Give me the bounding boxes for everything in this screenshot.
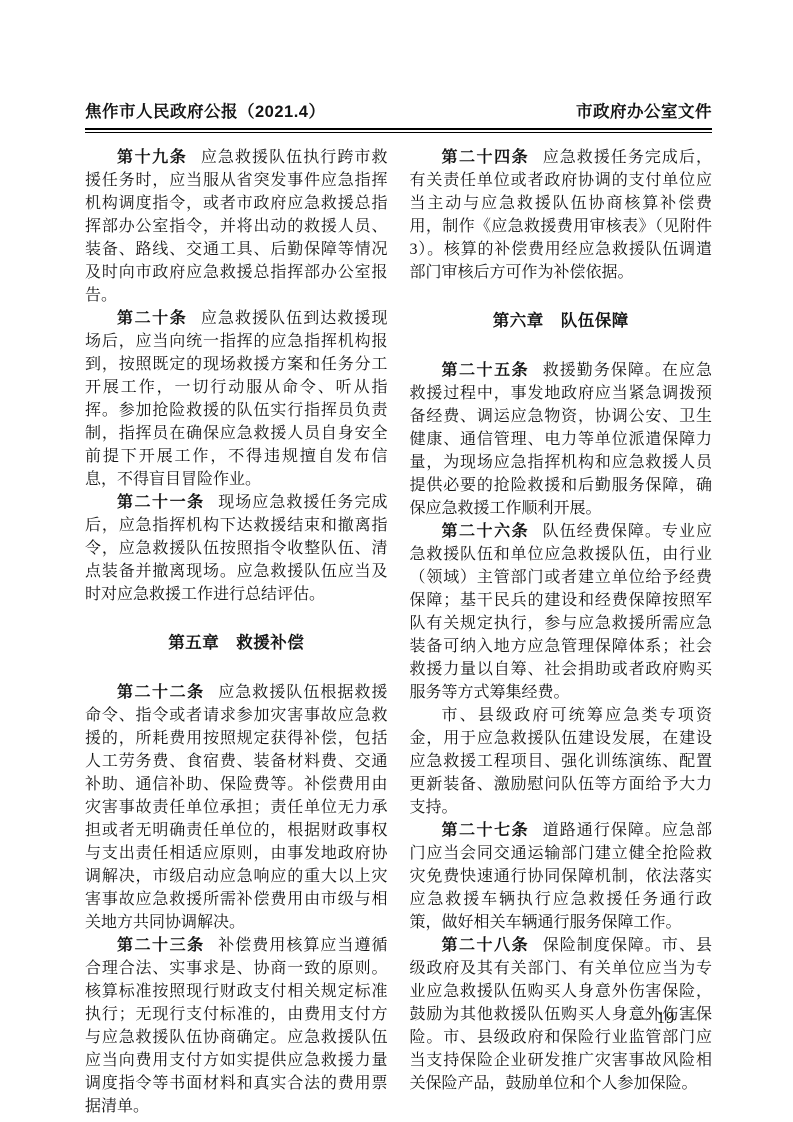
article-24-text: 应急救援任务完成后，有关责任单位或者政府协调的支付单位应当主动与应急救援队伍协商… [410,149,713,281]
article-19-paragraph: 第十九条应急救援队伍执行跨市救援任务时，应当服从省突发事件应急指挥机构调度指令，… [85,146,388,307]
article-20-number: 第二十条 [117,310,187,327]
header-right-title: 市政府办公室文件 [576,102,712,122]
article-26-number: 第二十六条 [442,523,530,540]
article-27-number: 第二十七条 [442,822,530,839]
left-column: 第十九条应急救援队伍执行跨市救援任务时，应当服从省突发事件应急指挥机构调度指令，… [85,146,388,1118]
article-28-number: 第二十八条 [442,937,530,954]
article-22-text: 应急救援队伍根据救援命令、指令或者请求参加灾害事故应急救援的，所耗费用按照规定获… [85,684,388,931]
article-25-paragraph: 第二十五条救援勤务保障。在应急救援过程中，事发地政府应当紧急调拨预备经费、调运应… [410,359,713,520]
article-25-number: 第二十五条 [442,362,530,379]
article-22-number: 第二十二条 [117,684,205,701]
header-left-title: 焦作市人民政府公报（2021.4） [85,102,325,122]
article-27-paragraph: 第二十七条道路通行保障。应急部门应当会同交通运输部门建立健全抢险救灾免费快速通行… [410,819,713,934]
article-26-continuation-paragraph: 市、县级政府可统筹应急类专项资金，用于应急救援队伍建设发展，在建设应急救援工程项… [410,704,713,819]
article-23-number: 第二十三条 [117,937,205,954]
article-19-text: 应急救援队伍执行跨市救援任务时，应当服从省突发事件应急指挥机构调度指令，或者市政… [85,149,388,304]
article-23-paragraph: 第二十三条补偿费用核算应当遵循合理合法、实事求是、协商一致的原则。核算标准按照现… [85,934,388,1118]
two-column-content: 第十九条应急救援队伍执行跨市救援任务时，应当服从省突发事件应急指挥机构调度指令，… [85,146,712,1118]
chapter-5-heading: 第五章 救援补偿 [85,632,388,655]
article-26-paragraph: 第二十六条队伍经费保障。专业应急救援队伍和单位应急救援队伍，由行业（领域）主管部… [410,520,713,704]
article-19-number: 第十九条 [117,149,187,166]
article-21-paragraph: 第二十一条现场应急救援任务完成后，应急指挥机构下达救援结束和撤离指令，应急救援队… [85,491,388,606]
article-20-text: 应急救援队伍到达救援现场后，应当向统一指挥的应急指挥机构报到，按照既定的现场救援… [85,310,388,488]
page-header: 焦作市人民政府公报（2021.4） 市政府办公室文件 [85,102,712,122]
right-column: 第二十四条应急救援任务完成后，有关责任单位或者政府协调的支付单位应当主动与应急救… [410,146,713,1118]
article-25-text: 救援勤务保障。在应急救援过程中，事发地政府应当紧急调拨预备经费、调运应急物资，协… [410,362,713,517]
article-24-paragraph: 第二十四条应急救援任务完成后，有关责任单位或者政府协调的支付单位应当主动与应急救… [410,146,713,284]
article-22-paragraph: 第二十二条应急救援队伍根据救援命令、指令或者请求参加灾害事故应急救援的，所耗费用… [85,681,388,934]
article-21-number: 第二十一条 [117,494,205,511]
article-24-number: 第二十四条 [442,149,530,166]
article-23-text: 补偿费用核算应当遵循合理合法、实事求是、协商一致的原则。核算标准按照现行财政支付… [85,937,388,1115]
article-26-text: 队伍经费保障。专业应急救援队伍和单位应急救援队伍，由行业（领域）主管部门或者建立… [410,523,713,701]
gazette-page: 焦作市人民政府公报（2021.4） 市政府办公室文件 第十九条应急救援队伍执行跨… [0,0,793,1122]
article-20-paragraph: 第二十条应急救援队伍到达救援现场后，应当向统一指挥的应急指挥机构报到，按照既定的… [85,307,388,491]
chapter-6-heading: 第六章 队伍保障 [410,310,713,333]
page-number: — 19 — [598,1008,734,1028]
header-double-rule [85,128,712,133]
